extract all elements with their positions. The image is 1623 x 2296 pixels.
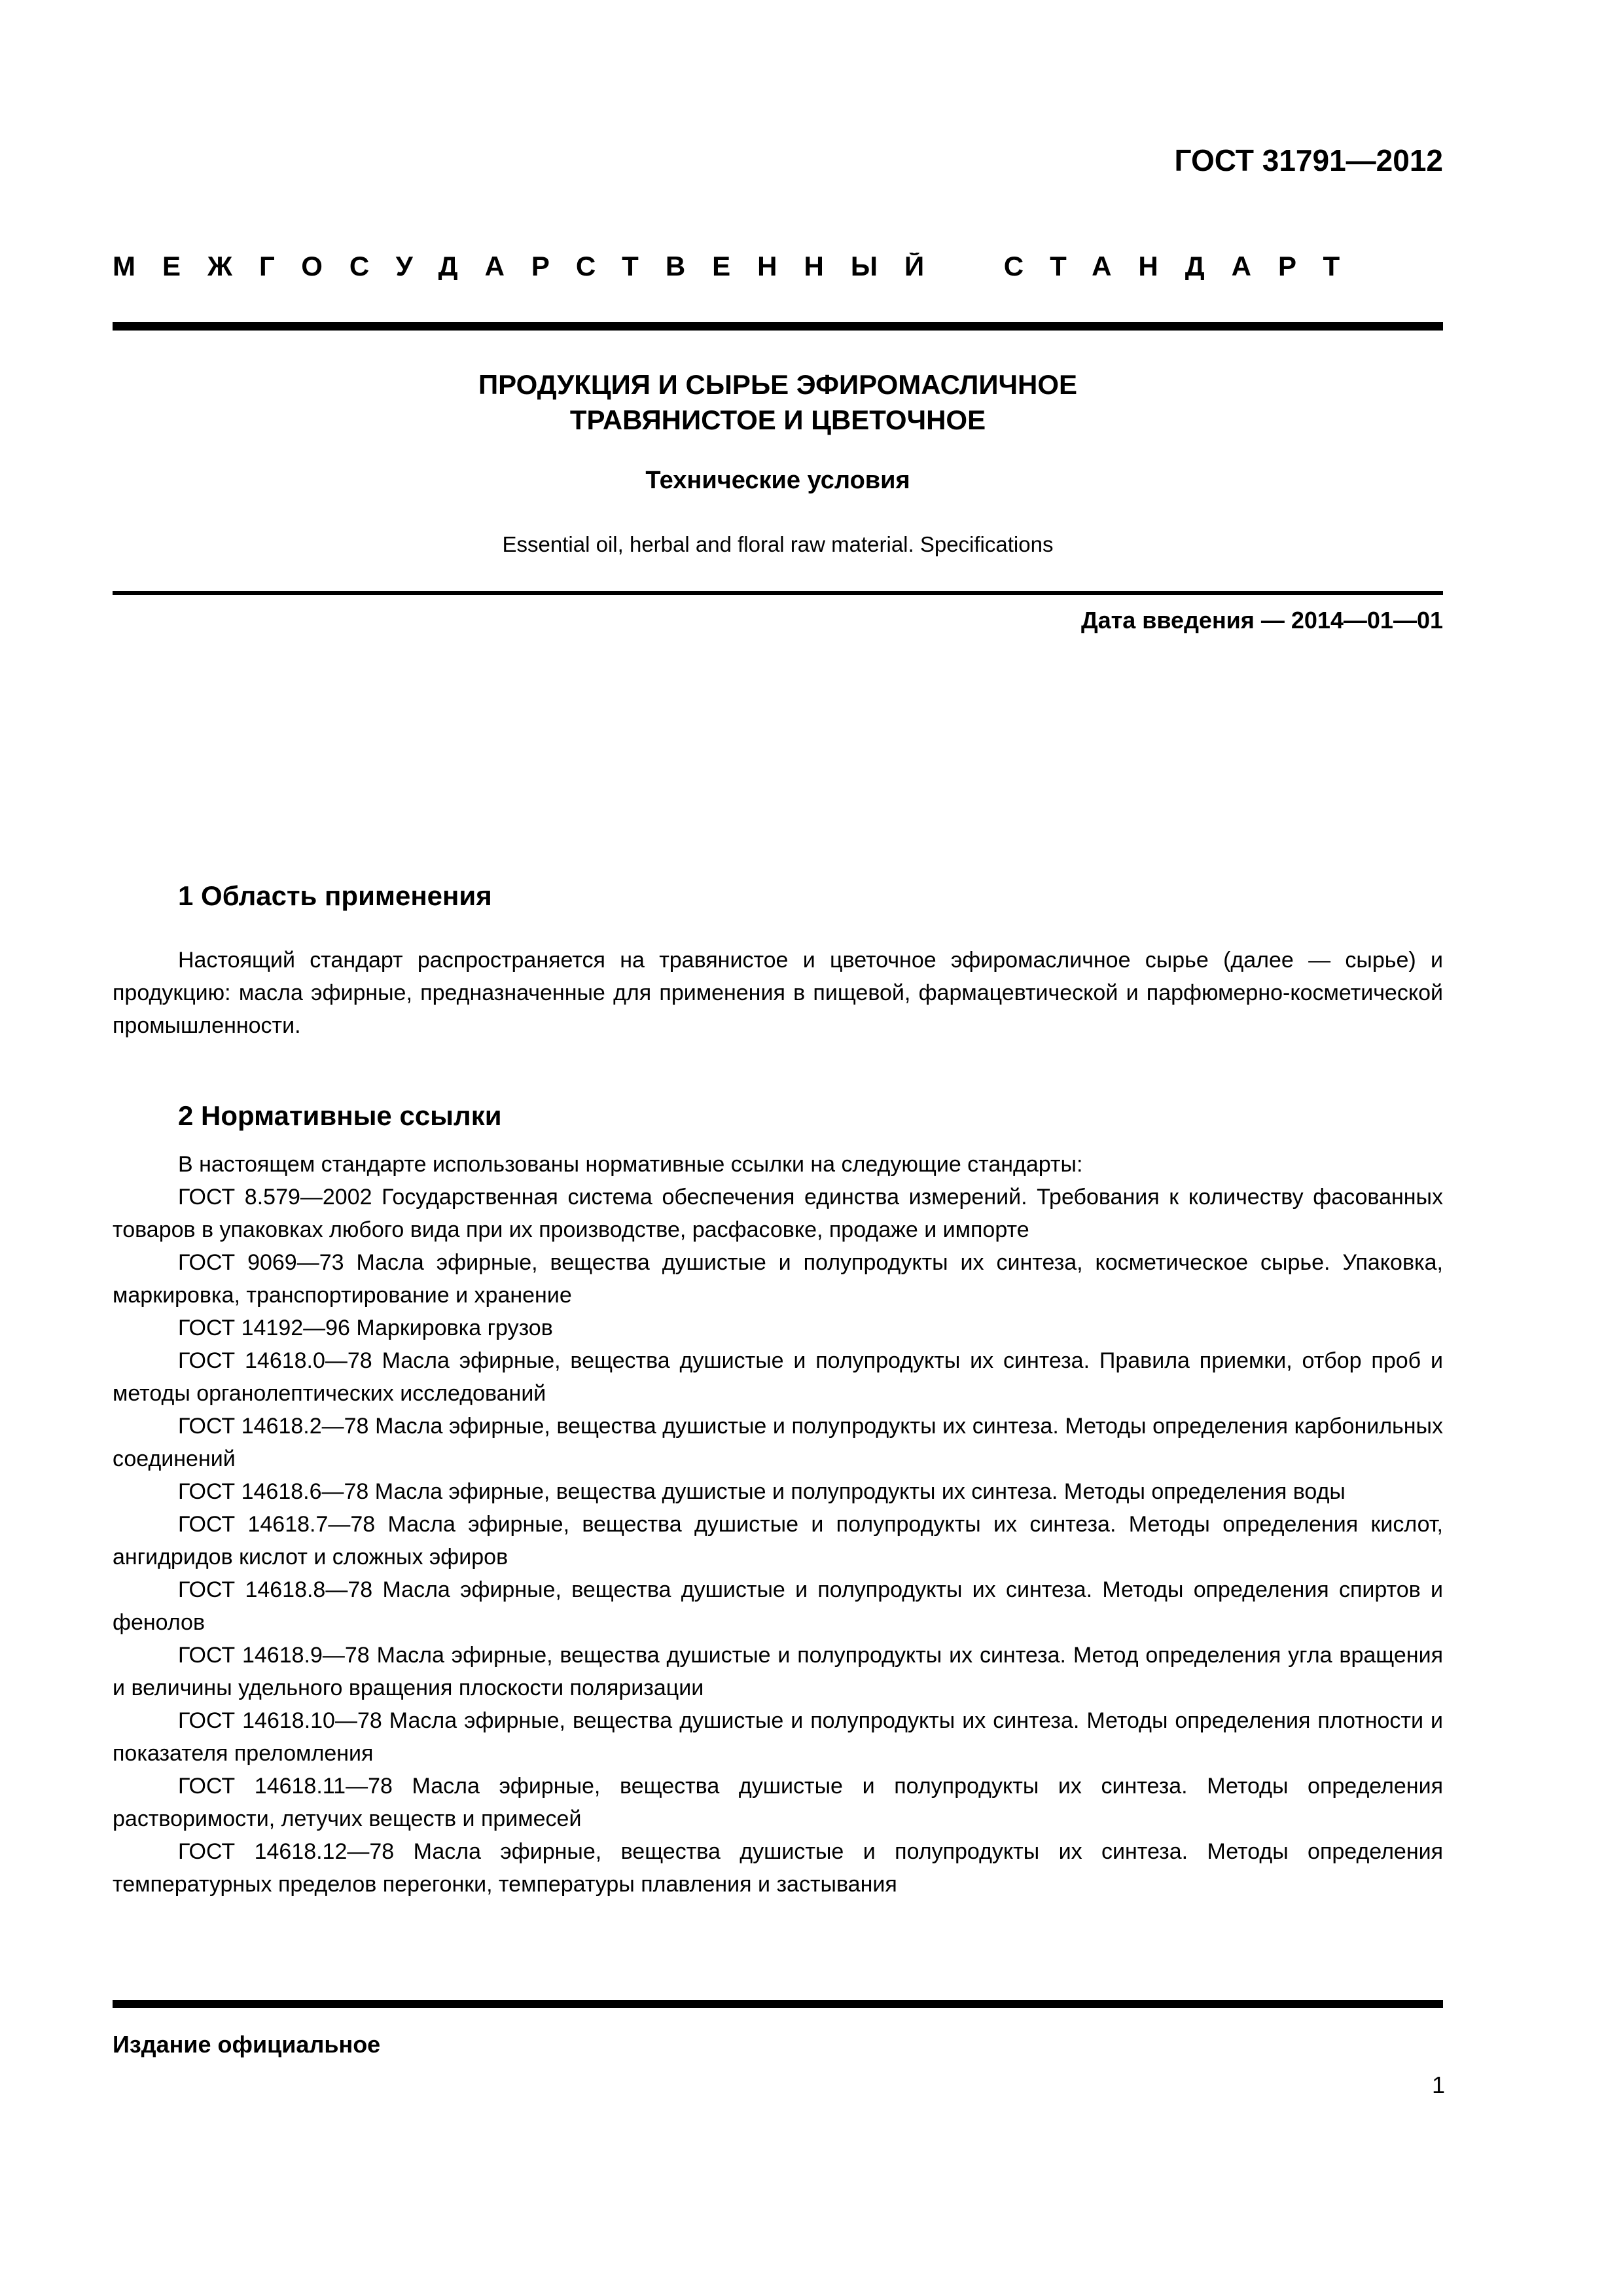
reference-paragraph: ГОСТ 14618.12—78 Масла эфирные, вещества… xyxy=(113,1835,1443,1901)
section-1-heading: 1 Область применения xyxy=(113,882,1443,910)
section-2-intro-paragraph: В настоящем стандарте использованы норма… xyxy=(113,1148,1443,1181)
title-ru-line2: ТРАВЯНИСТОЕ И ЦВЕТОЧНОЕ xyxy=(113,403,1443,438)
reference-paragraph: ГОСТ 14618.8—78 Масла эфирные, вещества … xyxy=(113,1573,1443,1639)
document-title-ru: ПРОДУКЦИЯ И СЫРЬЕ ЭФИРОМАСЛИЧНОЕ ТРАВЯНИ… xyxy=(113,367,1443,438)
section-2-heading: 2 Нормативные ссылки xyxy=(113,1102,1443,1130)
reference-paragraph: ГОСТ 14618.2—78 Масла эфирные, вещества … xyxy=(113,1410,1443,1475)
reference-paragraph: ГОСТ 14618.6—78 Масла эфирные, вещества … xyxy=(113,1475,1443,1508)
reference-paragraph: ГОСТ 14618.0—78 Масла эфирные, вещества … xyxy=(113,1344,1443,1410)
footer-rule xyxy=(113,2000,1443,2008)
section-2-body: В настоящем стандарте использованы норма… xyxy=(113,1148,1443,1901)
page-content: ГОСТ 31791—2012 МЕЖГОСУДАРСТВЕННЫЙ СТАНД… xyxy=(113,0,1443,1901)
doc-number: ГОСТ 31791—2012 xyxy=(113,0,1443,175)
header-rule xyxy=(113,322,1443,331)
page-number: 1 xyxy=(1432,2073,1445,2097)
edition-note: Издание официальное xyxy=(113,2033,380,2056)
reference-paragraph: ГОСТ 9069—73 Масла эфирные, вещества душ… xyxy=(113,1246,1443,1312)
section-1-paragraph: Настоящий стандарт распространяется на т… xyxy=(113,944,1443,1042)
title-rule xyxy=(113,591,1443,595)
title-ru-line1: ПРОДУКЦИЯ И СЫРЬЕ ЭФИРОМАСЛИЧНОЕ xyxy=(113,367,1443,403)
reference-paragraph: ГОСТ 14618.10—78 Масла эфирные, вещества… xyxy=(113,1704,1443,1770)
document-page: ГОСТ 31791—2012 МЕЖГОСУДАРСТВЕННЫЙ СТАНД… xyxy=(0,0,1623,2296)
effective-date: Дата введения — 2014—01—01 xyxy=(113,609,1443,632)
reference-paragraph: ГОСТ 14192—96 Маркировка грузов xyxy=(113,1312,1443,1344)
document-title-en: Essential oil, herbal and floral raw mat… xyxy=(113,533,1443,555)
standard-type-banner: МЕЖГОСУДАРСТВЕННЫЙ СТАНДАРТ xyxy=(113,253,1443,280)
document-subtitle: Технические условия xyxy=(113,468,1443,493)
reference-paragraph: ГОСТ 8.579—2002 Государственная система … xyxy=(113,1181,1443,1246)
reference-paragraph: ГОСТ 14618.7—78 Масла эфирные, вещества … xyxy=(113,1508,1443,1573)
reference-paragraph: ГОСТ 14618.11—78 Масла эфирные, вещества… xyxy=(113,1770,1443,1835)
section-1-body: Настоящий стандарт распространяется на т… xyxy=(113,944,1443,1042)
reference-paragraph: ГОСТ 14618.9—78 Масла эфирные, вещества … xyxy=(113,1639,1443,1704)
